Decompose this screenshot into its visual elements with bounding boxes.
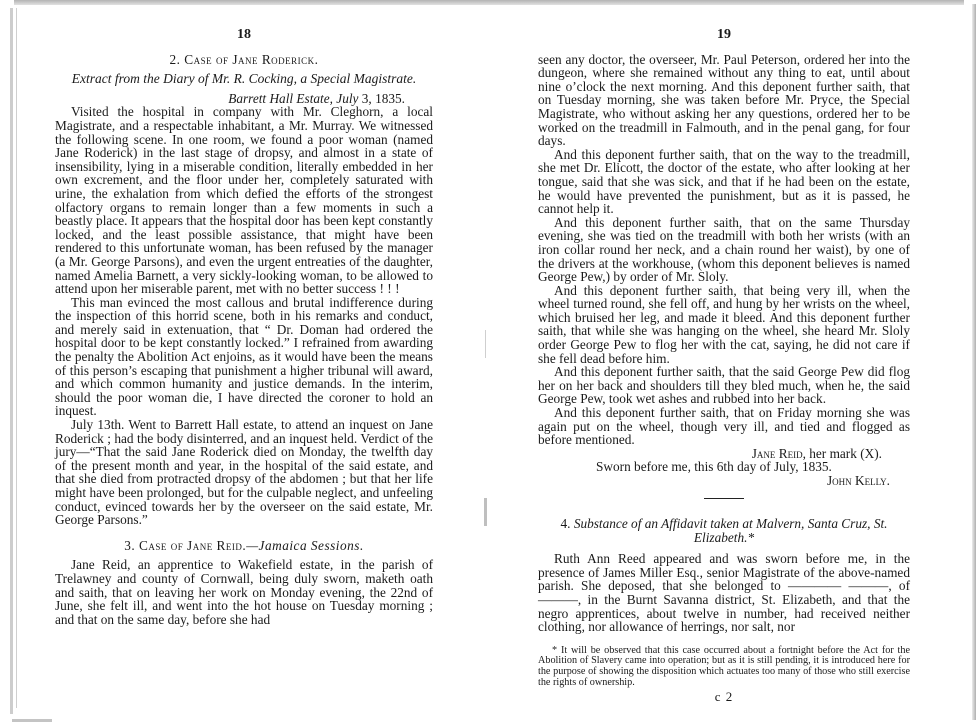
- magistrate-signature: John Kelly.: [538, 474, 910, 488]
- paragraph: July 13th. Went to Barrett Hall estate, …: [55, 418, 433, 527]
- paragraph: And this deponent further saith, that on…: [538, 148, 910, 216]
- right-page: 19 seen any doctor, the overseer, Mr. Pa…: [538, 28, 910, 704]
- paragraph: Ruth Ann Reed appeared and was sworn bef…: [538, 552, 910, 634]
- gutter-mark: [484, 498, 487, 526]
- paragraph: Jane Reid, an apprentice to Wakefield es…: [55, 558, 433, 626]
- case3-suffix: —Jamaica Sessions.: [246, 538, 364, 553]
- page-edge-right: [972, 4, 976, 720]
- left-page: 18 2. Case of Jane Roderick. Extract fro…: [55, 28, 433, 626]
- paragraph: This man evinced the most callous and br…: [55, 296, 433, 418]
- page-number: 18: [55, 28, 433, 42]
- case3-number: 3.: [124, 538, 135, 553]
- signature-sheet-mark: c 2: [538, 690, 910, 704]
- case4-number: 4.: [561, 516, 571, 531]
- paragraph: seen any doctor, the overseer, Mr. Paul …: [538, 53, 910, 148]
- case3-heading: 3. Case of Jane Reid.—Jamaica Sessions.: [55, 539, 433, 553]
- paragraph: And this deponent further saith, that on…: [538, 216, 910, 284]
- sworn-line: Sworn before me, this 6th day of July, 1…: [538, 460, 910, 474]
- page-number: 19: [538, 28, 910, 42]
- case2-subheading: Extract from the Diary of Mr. R. Cocking…: [55, 72, 433, 86]
- case2-heading: 2. Case of Jane Roderick.: [55, 53, 433, 67]
- page-edge-top: [14, 0, 964, 5]
- paragraph: And this deponent further saith, that be…: [538, 284, 910, 366]
- gutter-mark-upper: [485, 330, 486, 358]
- page-edge-left-inner: [16, 8, 17, 708]
- footnote: * It will be observed that this case occ…: [538, 646, 910, 688]
- case2-dateline: Barrett Hall Estate, July 3, 1835.: [55, 92, 433, 106]
- page-edge-left: [10, 8, 13, 714]
- case3-title: Case of Jane Reid.: [139, 538, 246, 553]
- deponent-signature: Jane Reid, her mark (X).: [538, 447, 910, 461]
- section-divider: [704, 498, 744, 500]
- case2-title: Case of Jane Roderick.: [184, 52, 318, 67]
- paragraph: And this deponent further saith, that on…: [538, 406, 910, 447]
- case4-title: Substance of an Affidavit taken at Malve…: [574, 516, 888, 545]
- page-edge-bottom: [12, 719, 52, 722]
- paragraph: Visited the hospital in company with Mr.…: [55, 105, 433, 295]
- case2-number: 2.: [169, 52, 180, 67]
- paragraph: And this deponent further saith, that th…: [538, 365, 910, 406]
- case4-heading: 4. Substance of an Affidavit taken at Ma…: [538, 517, 910, 544]
